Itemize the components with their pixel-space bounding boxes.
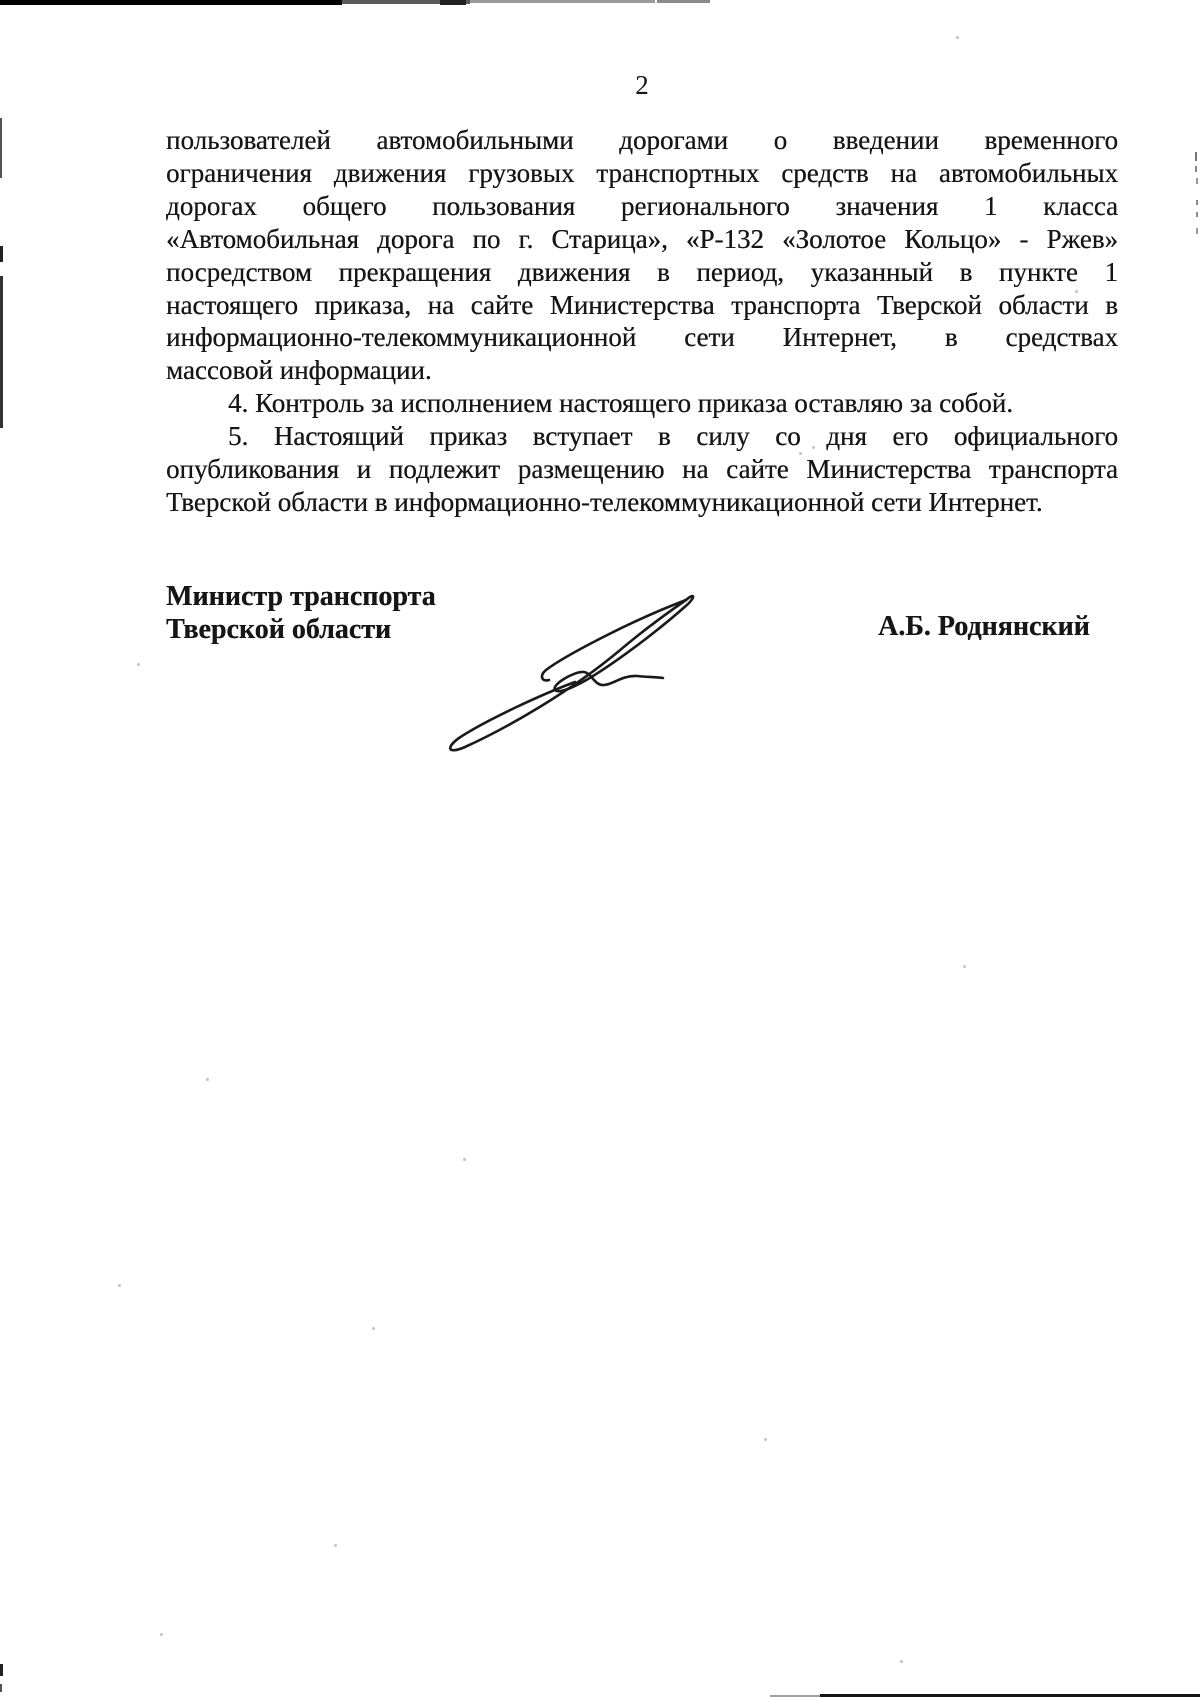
scan-speckle [334,1544,337,1547]
body-line: массовой информации. [166,354,1118,387]
page-number: 2 [166,70,1118,100]
scan-artifact-top-bar [470,0,655,3]
scan-artifact-top-bar [657,0,710,3]
body-line: дорогах общего пользования регионального… [166,190,1118,223]
signer-name: А.Б. Роднянский [878,610,1090,643]
body-line: «Автомобильная дорога по г. Старица», «Р… [166,223,1118,256]
handwritten-signature [423,583,713,761]
scan-speckle [372,1327,375,1330]
scan-artifact-top-bar [440,0,466,5]
scan-artifact-right-dash [1196,178,1198,184]
scan-artifact-right-dash [1196,212,1198,217]
scan-artifact-left-strip [0,276,3,428]
signer-title-line: Министр транспорта [166,580,436,613]
document-body: пользователей автомобильными дорогами о … [166,124,1118,519]
signer-title-line: Тверской области [166,613,436,646]
scan-speckle [900,1660,903,1663]
scan-artifact-bottom-left-mark [0,1684,2,1692]
scan-speckle [963,965,966,968]
scan-speckle [137,663,140,666]
scan-speckle [118,1284,121,1287]
scan-artifact-left-strip [0,246,3,262]
signer-title: Министр транспорта Тверской области [166,580,436,646]
scan-speckle [463,1158,466,1161]
scan-speckle [956,36,959,39]
body-line: Тверской области в информационно-телеком… [166,486,1118,519]
body-line: ограничения движения грузовых транспортн… [166,157,1118,190]
scan-artifact-right-dash [1195,152,1197,161]
body-line: посредством прекращения движения в перио… [166,256,1118,289]
scan-artifact-top-bar [0,0,342,5]
body-line: 4. Контроль за исполнением настоящего пр… [166,387,1118,420]
document-page: 2 пользователей автомобильными дорогами … [0,0,1200,1697]
scan-artifact-right-dash [1195,166,1197,172]
scan-artifact-right-dash [1196,200,1198,205]
scan-artifact-left-strip [0,118,2,178]
body-line: настоящего приказа, на сайте Министерств… [166,289,1118,322]
body-line: информационно-телекоммуникационной сети … [166,321,1118,354]
scan-speckle [206,1078,209,1081]
scan-artifact-bottom-left-mark [0,1664,3,1676]
body-line: опубликования и подлежит размещению на с… [166,453,1118,486]
scan-speckle [764,1438,767,1441]
body-line: 5. Настоящий приказ вступает в силу со д… [166,420,1118,453]
scan-artifact-right-dash [1196,228,1198,234]
scan-speckle [160,1633,163,1636]
body-line: пользователей автомобильными дорогами о … [166,124,1118,157]
